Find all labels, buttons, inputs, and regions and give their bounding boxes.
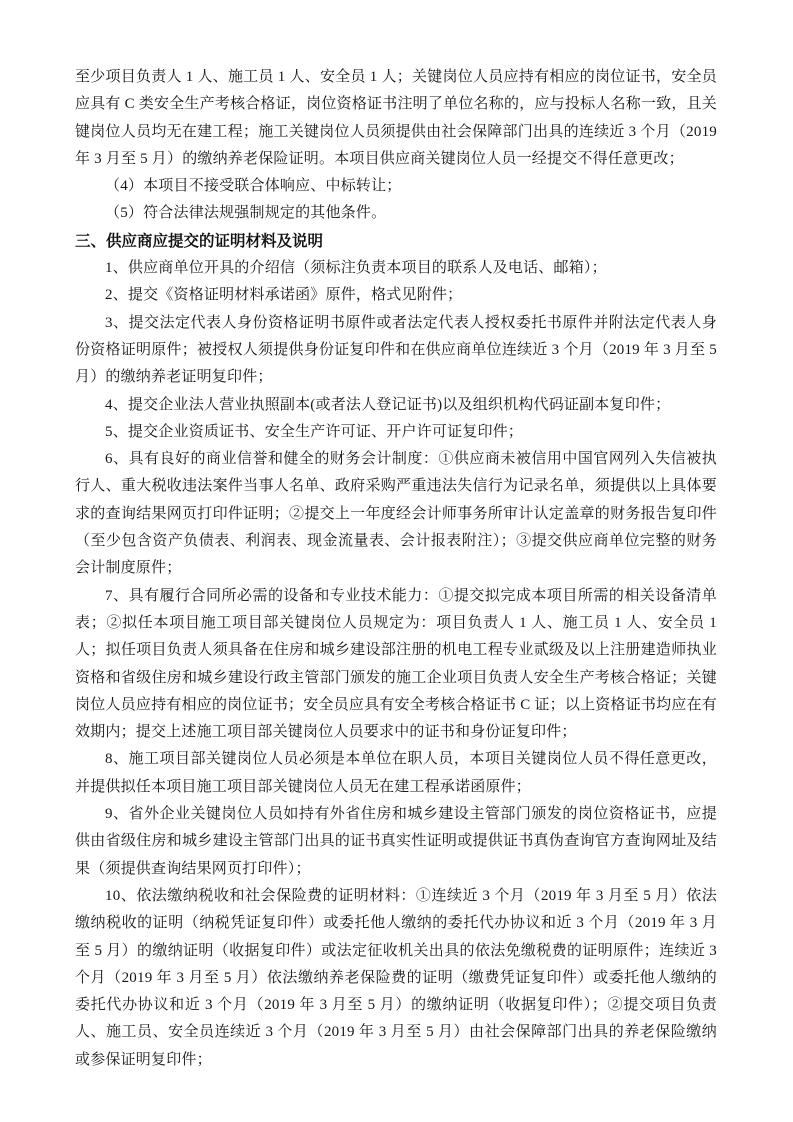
list-item-paragraph: 7、具有履行合同所必需的设备和专业技术能力：①提交拟完成本项目所需的相关设备清单… [75, 583, 717, 747]
list-item-paragraph: 6、具有良好的商业信誉和健全的财务会计制度：①供应商未被信用中国官网列入失信被执… [75, 446, 717, 582]
document-body: 至少项目负责人 1 人、施工员 1 人、安全员 1 人；关键岗位人员应持有相应的… [75, 64, 717, 1074]
body-paragraph: （5）符合法律法规强制规定的其他条件。 [75, 200, 717, 227]
list-item-paragraph: 1、供应商单位开具的介绍信（须标注负责本项目的联系人及电话、邮箱）； [75, 255, 717, 282]
list-item-paragraph: 2、提交《资格证明材料承诺函》原件，格式见附件； [75, 282, 717, 309]
body-paragraph: （4）本项目不接受联合体响应、中标转让； [75, 173, 717, 200]
list-item-paragraph: 4、提交企业法人营业执照副本(或者法人登记证书)以及组织机构代码证副本复印件； [75, 392, 717, 419]
list-item-paragraph: 5、提交企业资质证书、安全生产许可证、开户许可证复印件； [75, 419, 717, 446]
document-page: 至少项目负责人 1 人、施工员 1 人、安全员 1 人；关键岗位人员应持有相应的… [0, 0, 793, 1122]
list-item-paragraph: 10、依法缴纳税收和社会保险费的证明材料：①连续近 3 个月（2019 年 3 … [75, 883, 717, 1074]
section-heading: 三、供应商应提交的证明材料及说明 [75, 228, 717, 255]
list-item-paragraph: 3、提交法定代表人身份资格证明书原件或者法定代表人授权委托书原件并附法定代表人身… [75, 310, 717, 392]
body-paragraph: 至少项目负责人 1 人、施工员 1 人、安全员 1 人；关键岗位人员应持有相应的… [75, 64, 717, 173]
list-item-paragraph: 9、省外企业关键岗位人员如持有外省住房和城乡建设主管部门颁发的岗位资格证书，应提… [75, 801, 717, 883]
list-item-paragraph: 8、施工项目部关键岗位人员必须是本单位在职人员，本项目关键岗位人员不得任意更改，… [75, 746, 717, 801]
